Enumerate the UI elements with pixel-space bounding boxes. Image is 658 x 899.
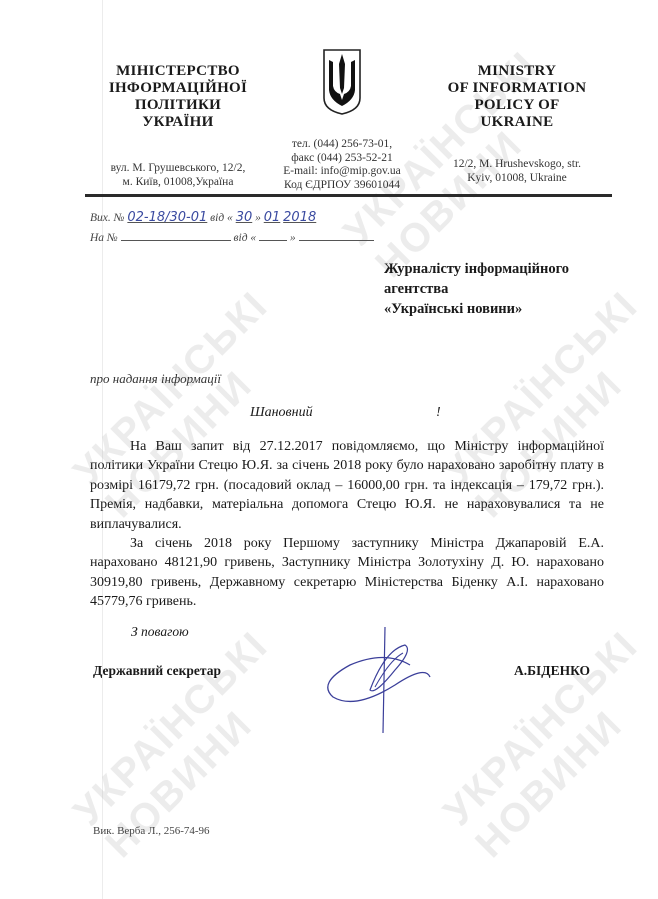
body-paragraph: За січень 2018 року Першому заступнику М…: [90, 534, 604, 612]
executor-info: Вик. Верба Л., 256-74-96: [93, 825, 210, 837]
watermark: УКРАЇНСЬКІНОВИНИ: [435, 623, 658, 867]
incoming-day-blank: [259, 228, 287, 241]
org-name-en: MINISTRY OF INFORMATION POLICY OF UKRAIN…: [422, 63, 612, 131]
outgoing-month: 01: [264, 210, 281, 225]
org-name-ua: МІНІСТЕРСТВО ІНФОРМАЦІЙНОЇ ПОЛІТИКИ УКРА…: [88, 63, 268, 131]
letterhead-left: МІНІСТЕРСТВО ІНФОРМАЦІЙНОЇ ПОЛІТИКИ УКРА…: [88, 63, 268, 189]
letter-page: УКРАЇНСЬКІНОВИНИ УКРАЇНСЬКІНОВИНИ УКРАЇН…: [0, 0, 658, 899]
incoming-number-line: На № від « »: [90, 228, 374, 248]
header-divider: [85, 194, 612, 197]
greeting: Шановний !: [250, 405, 470, 421]
registration-block: Вих. № 02-18/30-01 від « 30 » 01 2018 На…: [90, 208, 374, 248]
incoming-date-blank: [299, 228, 374, 241]
outgoing-day: 30: [236, 210, 253, 225]
addressee: Журналісту інформаційного агентства «Укр…: [384, 259, 624, 319]
handwritten-signature: [315, 625, 445, 735]
address-ua: вул. М. Грушевського, 12/2, м. Київ, 010…: [88, 161, 268, 189]
incoming-number-blank: [121, 228, 231, 241]
outgoing-year: 2018: [283, 210, 316, 225]
letterhead-right: MINISTRY OF INFORMATION POLICY OF UKRAIN…: [422, 63, 612, 185]
signer-name: А.БІДЕНКО: [514, 663, 590, 679]
subject-line: про надання інформації: [90, 371, 221, 387]
closing-regards: З повагою: [131, 624, 189, 640]
address-en: 12/2, M. Hrushevskogo, str. Kyiv, 01008,…: [422, 157, 612, 185]
body-paragraph: На Ваш запит від 27.12.2017 повідомляємо…: [90, 437, 604, 534]
signer-title: Державний секретар: [93, 663, 221, 679]
contact-info: тел. (044) 256-73-01, факс (044) 253-52-…: [268, 138, 416, 192]
outgoing-number: 02-18/30-01: [127, 210, 207, 225]
trident-emblem-icon: [322, 48, 362, 116]
letter-body: На Ваш запит від 27.12.2017 повідомляємо…: [90, 437, 604, 612]
outgoing-number-line: Вих. № 02-18/30-01 від « 30 » 01 2018: [90, 208, 374, 228]
